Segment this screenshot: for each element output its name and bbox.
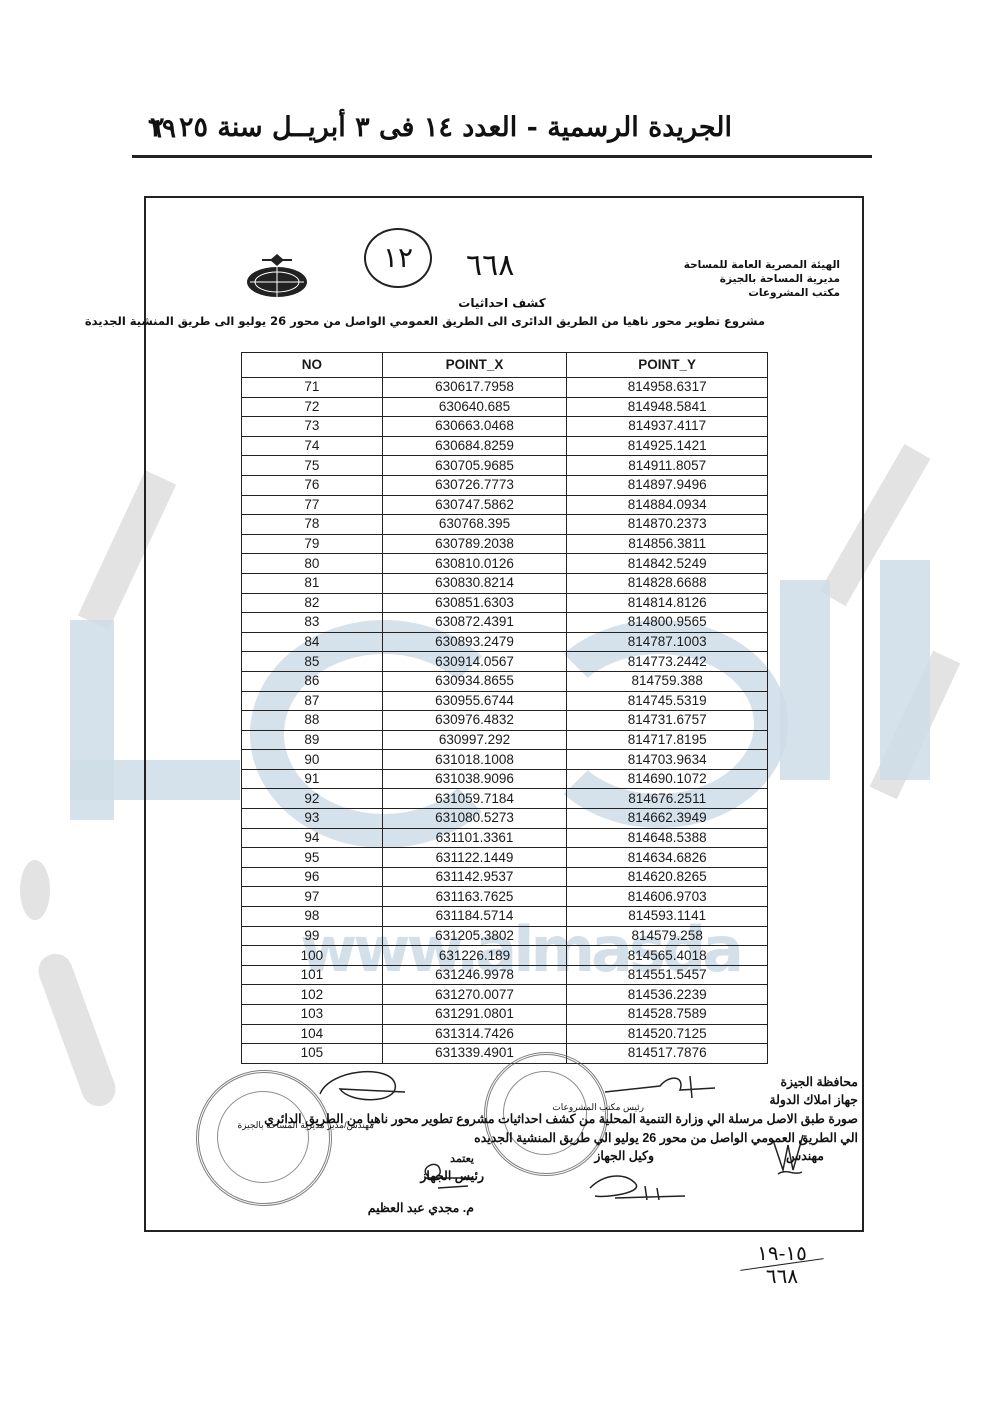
column-header-point-y: POINT_Y [567, 353, 768, 378]
cell-no: 97 [242, 887, 383, 907]
cell-point-x: 631080.5273 [382, 809, 567, 829]
cell-no: 73 [242, 417, 383, 437]
cell-point-x: 630705.9685 [382, 456, 567, 476]
cell-no: 104 [242, 1024, 383, 1044]
table-row: 76630726.7773814897.9496 [242, 475, 768, 495]
cell-point-y: 814759.388 [567, 671, 768, 691]
cell-no: 86 [242, 671, 383, 691]
table-row: 71630617.7958814958.6317 [242, 378, 768, 398]
cell-point-x: 630914.0567 [382, 652, 567, 672]
cell-no: 103 [242, 1005, 383, 1025]
cell-point-y: 814814.8126 [567, 593, 768, 613]
table-row: 75630705.9685814911.8057 [242, 456, 768, 476]
cell-point-y: 814551.5457 [567, 965, 768, 985]
cell-point-y: 814520.7125 [567, 1024, 768, 1044]
cell-point-x: 630640.685 [382, 397, 567, 417]
cell-point-x: 631314.7426 [382, 1024, 567, 1044]
table-row: 93631080.5273814662.3949 [242, 809, 768, 829]
cell-point-y: 814676.2511 [567, 789, 768, 809]
table-row: 95631122.1449814634.6826 [242, 848, 768, 868]
cell-point-x: 630789.2038 [382, 534, 567, 554]
document-subtitle: كشف احداثيات [0, 296, 1004, 310]
cell-no: 89 [242, 730, 383, 750]
handwritten-reference-number: ٦٦٨ [466, 248, 514, 283]
footer-engineer-director: مهندس/مدير مديرية المساحة بالجيزة [237, 1120, 374, 1131]
table-row: 98631184.5714814593.1141 [242, 907, 768, 927]
cell-no: 92 [242, 789, 383, 809]
cell-point-y: 814800.9565 [567, 613, 768, 633]
cell-no: 82 [242, 593, 383, 613]
signature-icon [585, 1168, 695, 1204]
cell-point-x: 631038.9096 [382, 769, 567, 789]
table-row: 82630851.6303814814.8126 [242, 593, 768, 613]
handwritten-circled-number: ١٢ [364, 228, 432, 288]
table-row: 90631018.1008814703.9634 [242, 750, 768, 770]
cell-point-x: 631163.7625 [382, 887, 567, 907]
cell-point-x: 631101.3361 [382, 828, 567, 848]
footer-agency-head-name: م. مجدي عبد العظيم [368, 1200, 474, 1215]
table-row: 85630914.0567814773.2442 [242, 652, 768, 672]
column-header-point-x: POINT_X [382, 353, 567, 378]
cell-point-x: 631018.1008 [382, 750, 567, 770]
cell-no: 74 [242, 436, 383, 456]
table-row: 80630810.0126814842.5249 [242, 554, 768, 574]
footer-governorate: محافظة الجيزة [780, 1074, 858, 1089]
table-row: 100631226.189814565.4018 [242, 946, 768, 966]
cell-no: 99 [242, 926, 383, 946]
cell-point-x: 631122.1449 [382, 848, 567, 868]
table-body: 71630617.7958814958.631772630640.6858149… [242, 378, 768, 1064]
cell-point-x: 630726.7773 [382, 475, 567, 495]
org-line: مديرية المساحة بالجيزة [684, 272, 840, 286]
cell-point-x: 630893.2479 [382, 632, 567, 652]
signature-icon [310, 1064, 410, 1114]
cell-point-x: 630976.4832 [382, 711, 567, 731]
footer-approved-label: يعتمد [450, 1152, 474, 1165]
coordinates-table: NO POINT_X POINT_Y 71630617.7958814958.6… [241, 352, 768, 1064]
table-row: 99631205.3802814579.258 [242, 926, 768, 946]
cell-point-y: 814911.8057 [567, 456, 768, 476]
cell-point-y: 814773.2442 [567, 652, 768, 672]
table-row: 91631038.9096814690.1072 [242, 769, 768, 789]
table-row: 92631059.7184814676.2511 [242, 789, 768, 809]
watermark-stroke [34, 949, 121, 1111]
cell-no: 80 [242, 554, 383, 574]
table-row: 77630747.5862814884.0934 [242, 495, 768, 515]
cell-point-x: 630768.395 [382, 515, 567, 535]
table-row: 84630893.2479814787.1003 [242, 632, 768, 652]
table-row: 104631314.7426814520.7125 [242, 1024, 768, 1044]
cell-no: 71 [242, 378, 383, 398]
cell-no: 83 [242, 613, 383, 633]
cell-point-x: 631059.7184 [382, 789, 567, 809]
cell-no: 91 [242, 769, 383, 789]
table-row: 78630768.395814870.2373 [242, 515, 768, 535]
cell-no: 101 [242, 965, 383, 985]
footer-agency: جهاز املاك الدولة [769, 1092, 858, 1107]
cell-no: 94 [242, 828, 383, 848]
table-row: 79630789.2038814856.3811 [242, 534, 768, 554]
table-row: 72630640.685814948.5841 [242, 397, 768, 417]
cell-point-y: 814662.3949 [567, 809, 768, 829]
cell-no: 88 [242, 711, 383, 731]
cell-point-x: 631184.5714 [382, 907, 567, 927]
cell-point-y: 814536.2239 [567, 985, 768, 1005]
table-row: 89630997.292814717.8195 [242, 730, 768, 750]
org-line: الهيئة المصرية العامة للمساحة [684, 258, 840, 272]
gazette-title: الجريدة الرسمية - العدد ١٤ فى ٣ أبريــل … [150, 112, 732, 143]
table-header-row: NO POINT_X POINT_Y [242, 353, 768, 378]
cell-no: 90 [242, 750, 383, 770]
cell-point-x: 630851.6303 [382, 593, 567, 613]
cell-point-x: 630955.6744 [382, 691, 567, 711]
cell-point-x: 630830.8214 [382, 573, 567, 593]
cell-point-y: 814897.9496 [567, 475, 768, 495]
cell-point-x: 630684.8259 [382, 436, 567, 456]
cell-point-y: 814842.5249 [567, 554, 768, 574]
table-row: 74630684.8259814925.1421 [242, 436, 768, 456]
cell-point-y: 814606.9703 [567, 887, 768, 907]
table-row: 88630976.4832814731.6757 [242, 711, 768, 731]
cell-point-y: 814579.258 [567, 926, 768, 946]
cell-point-y: 814648.5388 [567, 828, 768, 848]
cell-no: 95 [242, 848, 383, 868]
table-row: 96631142.9537814620.8265 [242, 867, 768, 887]
cell-point-x: 631270.0077 [382, 985, 567, 1005]
cell-point-y: 814937.4117 [567, 417, 768, 437]
cell-no: 96 [242, 867, 383, 887]
cell-no: 77 [242, 495, 383, 515]
cell-point-x: 630997.292 [382, 730, 567, 750]
cell-point-y: 814593.1141 [567, 907, 768, 927]
cell-point-y: 814620.8265 [567, 867, 768, 887]
footer-agency-head-label: رئيس الجهاز [420, 1168, 484, 1183]
table-row: 102631270.0077814536.2239 [242, 985, 768, 1005]
cell-point-x: 631205.3802 [382, 926, 567, 946]
cell-no: 81 [242, 573, 383, 593]
cell-point-x: 630747.5862 [382, 495, 567, 515]
cell-no: 78 [242, 515, 383, 535]
cell-no: 93 [242, 809, 383, 829]
issuing-organization: الهيئة المصرية العامة للمساحة مديرية الم… [684, 258, 840, 300]
cell-point-x: 630934.8655 [382, 671, 567, 691]
table-row: 86630934.8655814759.388 [242, 671, 768, 691]
cell-no: 79 [242, 534, 383, 554]
cell-point-y: 814517.7876 [567, 1044, 768, 1064]
handwritten-page-note: ١٥-١٩ ٦٦٨ [740, 1242, 824, 1287]
cell-point-y: 814925.1421 [567, 436, 768, 456]
cell-no: 100 [242, 946, 383, 966]
table-row: 94631101.3361814648.5388 [242, 828, 768, 848]
cell-no: 85 [242, 652, 383, 672]
signature-icon [600, 1072, 720, 1102]
cell-point-y: 814703.9634 [567, 750, 768, 770]
cell-point-y: 814690.1072 [567, 769, 768, 789]
table-row: 81630830.8214814828.6688 [242, 573, 768, 593]
footer-deputy-label: وكيل الجهاز [594, 1148, 654, 1163]
cell-point-y: 814856.3811 [567, 534, 768, 554]
cell-point-y: 814565.4018 [567, 946, 768, 966]
cell-point-x: 631246.9978 [382, 965, 567, 985]
cell-point-x: 630872.4391 [382, 613, 567, 633]
cell-point-y: 814731.6757 [567, 711, 768, 731]
survey-authority-logo-icon [242, 252, 312, 302]
column-header-no: NO [242, 353, 383, 378]
table-row: 105631339.4901814517.7876 [242, 1044, 768, 1064]
cell-no: 75 [242, 456, 383, 476]
page-header: ٦٩ الجريدة الرسمية - العدد ١٤ فى ٣ أبريـ… [132, 110, 872, 150]
table-row: 97631163.7625814606.9703 [242, 887, 768, 907]
cell-no: 76 [242, 475, 383, 495]
footer-engineer-label: مهندس [786, 1148, 824, 1163]
cell-point-x: 630810.0126 [382, 554, 567, 574]
project-title: مشروع تطوير محور ناهيا من الطريق الدائرى… [255, 314, 765, 328]
cell-point-x: 630663.0468 [382, 417, 567, 437]
cell-point-y: 814828.6688 [567, 573, 768, 593]
table-row: 73630663.0468814937.4117 [242, 417, 768, 437]
cell-point-y: 814717.8195 [567, 730, 768, 750]
cell-point-y: 814745.5319 [567, 691, 768, 711]
cell-point-x: 631142.9537 [382, 867, 567, 887]
cell-point-y: 814634.6826 [567, 848, 768, 868]
cell-no: 102 [242, 985, 383, 1005]
cell-no: 105 [242, 1044, 383, 1064]
cell-point-y: 814958.6317 [567, 378, 768, 398]
table-row: 83630872.4391814800.9565 [242, 613, 768, 633]
cell-no: 72 [242, 397, 383, 417]
cell-point-y: 814528.7589 [567, 1005, 768, 1025]
cell-point-x: 631291.0801 [382, 1005, 567, 1025]
cell-point-y: 814884.0934 [567, 495, 768, 515]
cell-no: 98 [242, 907, 383, 927]
table-row: 101631246.9978814551.5457 [242, 965, 768, 985]
cell-point-y: 814948.5841 [567, 397, 768, 417]
cell-point-x: 631226.189 [382, 946, 567, 966]
watermark-stroke [870, 651, 961, 800]
table-row: 103631291.0801814528.7589 [242, 1005, 768, 1025]
cell-point-y: 814870.2373 [567, 515, 768, 535]
cell-point-y: 814787.1003 [567, 632, 768, 652]
table-row: 87630955.6744814745.5319 [242, 691, 768, 711]
header-divider [132, 155, 872, 158]
watermark-stroke [20, 860, 50, 920]
cell-no: 87 [242, 691, 383, 711]
cell-point-x: 630617.7958 [382, 378, 567, 398]
footer-copy-note-line-2: الي الطريق العمومي الواصل من محور 26 يول… [474, 1130, 858, 1145]
cell-no: 84 [242, 632, 383, 652]
